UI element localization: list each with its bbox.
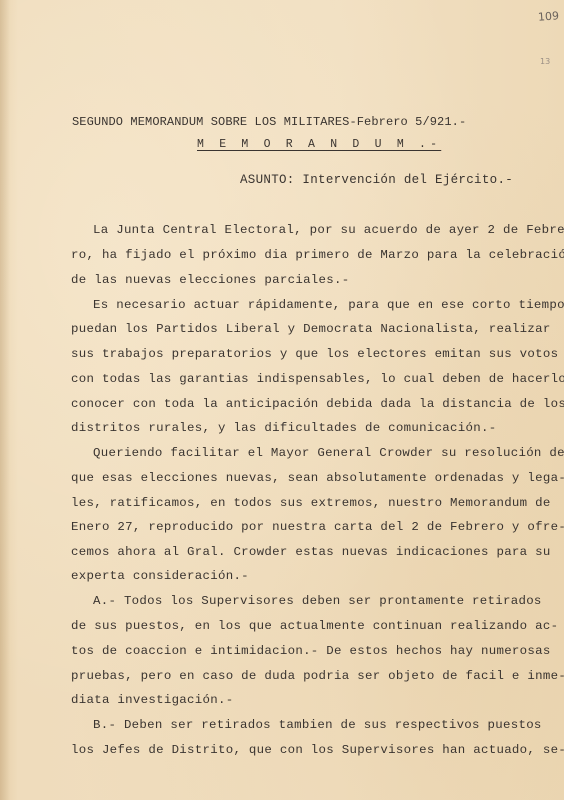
body-text-line: de sus puestos, en los que actualmente c… bbox=[71, 619, 558, 633]
body-text-line: pruebas, pero en caso de duda podria ser… bbox=[71, 669, 564, 683]
body-text-line: puedan los Partidos Liberal y Democrata … bbox=[71, 322, 551, 336]
body-text-line: de las nuevas elecciones parciales.- bbox=[71, 273, 349, 287]
body-text-line: los Jefes de Distrito, que con los Super… bbox=[71, 743, 564, 757]
document-title: M E M O R A N D U M .- bbox=[197, 138, 441, 152]
body-text-line: les, ratificamos, en todos sus extremos,… bbox=[71, 496, 551, 510]
body-text-line: A.- Todos los Supervisores deben ser pro… bbox=[93, 594, 542, 608]
document-subject: ASUNTO: Intervención del Ejército.- bbox=[240, 173, 513, 187]
margin-mark: 13 bbox=[540, 57, 550, 66]
body-text-line: tos de coaccion e intimidacion.- De esto… bbox=[71, 644, 551, 658]
document-heading: SEGUNDO MEMORANDUM SOBRE LOS MILITARES-F… bbox=[72, 115, 466, 129]
document-page: 109 13 SEGUNDO MEMORANDUM SOBRE LOS MILI… bbox=[0, 0, 564, 800]
body-text-line: que esas elecciones nuevas, sean absolut… bbox=[71, 471, 564, 485]
body-text-line: experta consideración.- bbox=[71, 569, 249, 583]
body-text-line: B.- Deben ser retirados tambien de sus r… bbox=[93, 718, 542, 732]
body-text-line: ro, ha fijado el próximo dia primero de … bbox=[71, 248, 564, 262]
body-text-line: Es necesario actuar rápidamente, para qu… bbox=[93, 298, 564, 312]
body-text-line: con todas las garantias indispensables, … bbox=[71, 372, 564, 386]
body-text-line: diata investigación.- bbox=[71, 693, 233, 707]
body-text-line: sus trabajos preparatorios y que los ele… bbox=[71, 347, 558, 361]
body-text-line: distritos rurales, y las dificultades de… bbox=[71, 421, 496, 435]
body-text-line: Enero 27, reproducido por nuestra carta … bbox=[71, 520, 564, 534]
body-text-line: La Junta Central Electoral, por su acuer… bbox=[93, 223, 564, 237]
folio-number: 109 bbox=[538, 9, 560, 23]
body-text-line: cemos ahora al Gral. Crowder estas nueva… bbox=[71, 545, 551, 559]
body-text-line: Queriendo facilitar el Mayor General Cro… bbox=[93, 446, 564, 460]
body-text-line: conocer con toda la anticipación debida … bbox=[71, 397, 564, 411]
